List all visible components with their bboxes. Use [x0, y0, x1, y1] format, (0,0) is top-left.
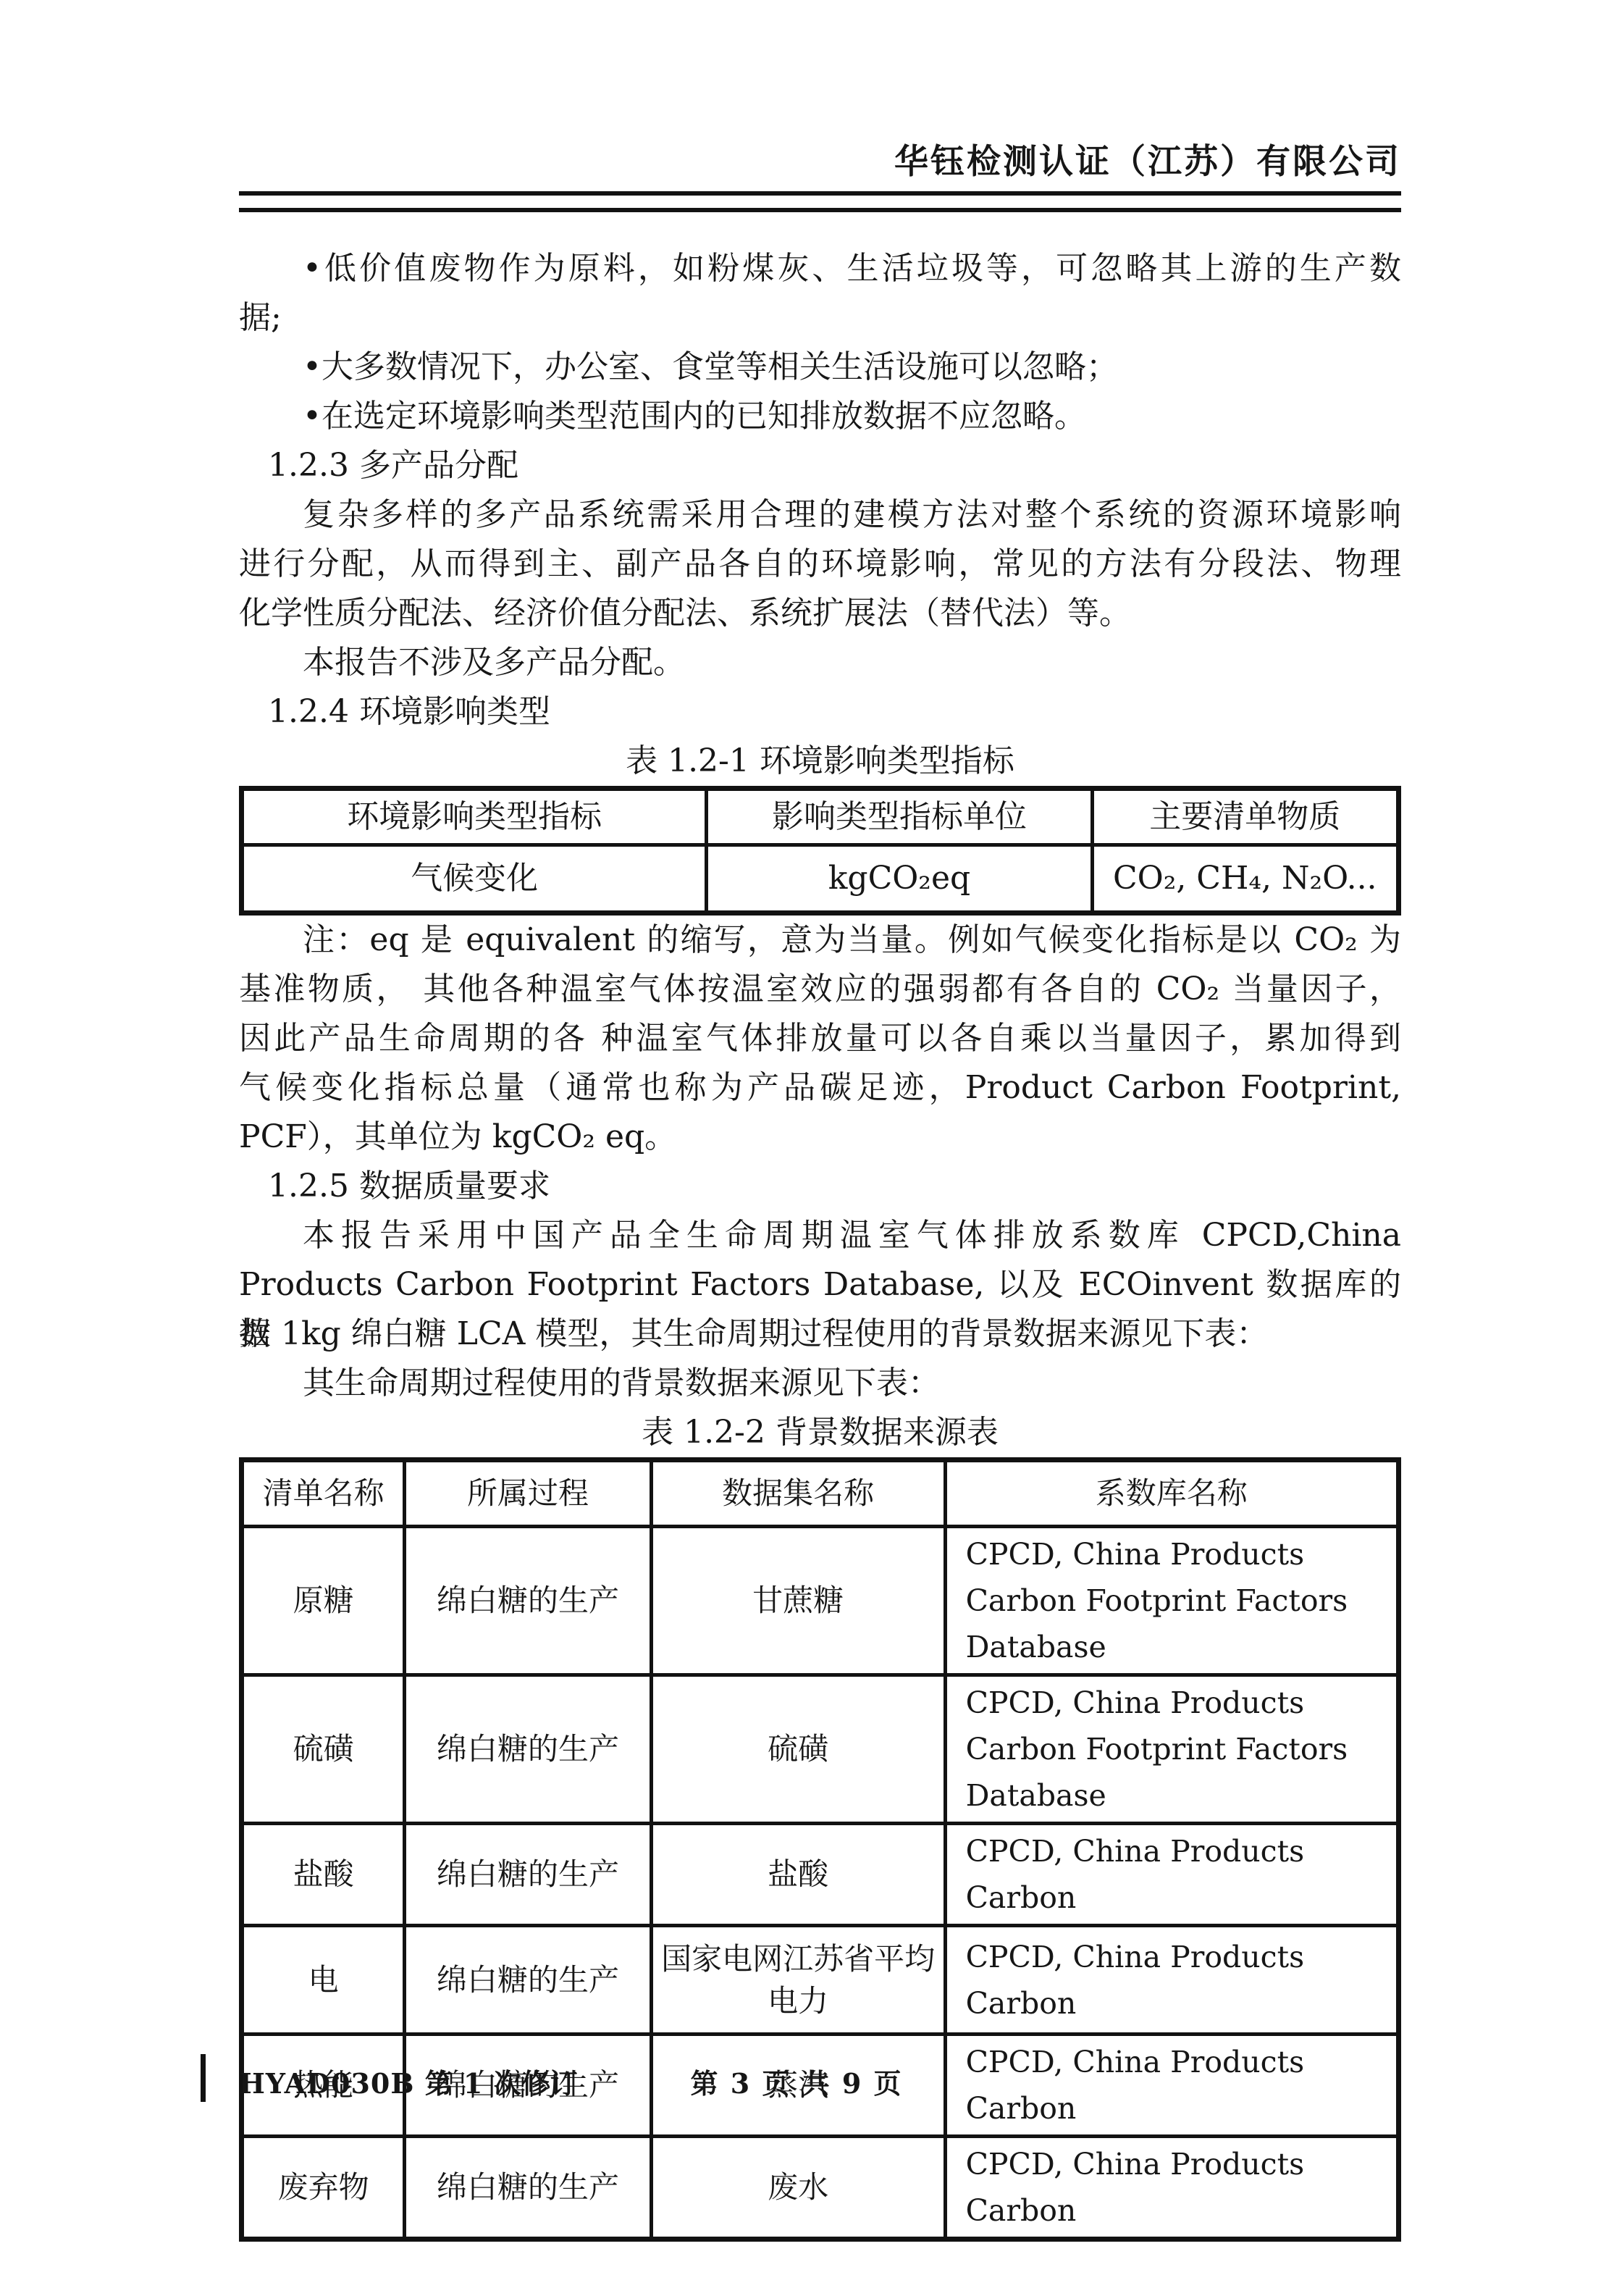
body-text: •低价值废物作为原料，如粉煤灰、生活垃圾等，可忽略其上游的生产数 据; •大多数…	[239, 244, 1401, 2242]
t2-cell-dataset: 盐酸	[651, 1824, 945, 1926]
t1-col-header-unit: 影响类型指标单位	[707, 789, 1092, 845]
t2-cell-dataset: 甘蔗糖	[651, 1527, 945, 1675]
t2-cell-database: CPCD, China Products Carbon	[945, 2137, 1398, 2240]
bullet-item-3: •在选定环境影响类型范围内的已知排放数据不应忽略。	[239, 392, 1401, 441]
t2-col-header-dataset-name: 数据集名称	[651, 1460, 945, 1527]
revision-bar	[201, 2054, 206, 2102]
t2-cell-database: CPCD, China Products Carbon	[945, 1926, 1398, 2035]
footer-page-number: 第 3 页 共 9 页	[239, 2061, 1354, 2101]
paragraph-123-line-3: 化学性质分配法、经济价值分配法、系统扩展法（替代法）等。	[239, 589, 1401, 638]
table-1-2-2: 清单名称 所属过程 数据集名称 系数库名称 原糖 绵白糖的生产 甘蔗糖 CPCD…	[239, 1457, 1401, 2242]
t2-col-header-inventory-name: 清单名称	[242, 1460, 405, 1527]
table-1-2-2-header-row: 清单名称 所属过程 数据集名称 系数库名称	[242, 1460, 1399, 1527]
t2-cell-inventory: 废弃物	[242, 2137, 405, 2240]
company-name: 华钰检测认证（江苏）有限公司	[239, 142, 1401, 183]
note-line-3: 因此产品生命周期的各 种温室气体排放量可以各自乘以当量因子，累加得到	[239, 1014, 1401, 1063]
t1-cell-substances: CO₂, CH₄, N₂O...	[1092, 845, 1398, 913]
table-row-sulfur: 硫磺 绵白糖的生产 硫磺 CPCD, China Products Carbon…	[242, 1675, 1399, 1824]
note-line-1: 注：eq 是 equivalent 的缩写，意为当量。例如气候变化指标是以 CO…	[239, 916, 1401, 965]
table-1-2-2-title: 表 1.2-2 背景数据来源表	[239, 1408, 1401, 1457]
paragraph-123-line-2: 进行分配，从而得到主、副产品各自的环境影响，常见的方法有分段法、物理	[239, 540, 1401, 589]
t1-col-header-substances: 主要清单物质	[1092, 789, 1398, 845]
t2-cell-inventory: 硫磺	[242, 1675, 405, 1824]
page-content: 华钰检测认证（江苏）有限公司 •低价值废物作为原料，如粉煤灰、生活垃圾等，可忽略…	[239, 0, 1401, 2242]
table-row-electricity: 电 绵白糖的生产 国家电网江苏省平均电力 CPCD, China Product…	[242, 1926, 1399, 2035]
t2-col-header-database-name: 系数库名称	[945, 1460, 1398, 1527]
t2-cell-dataset: 国家电网江苏省平均电力	[651, 1926, 945, 2035]
t1-col-header-impact-type: 环境影响类型指标	[242, 789, 707, 845]
paragraph-125-line-3: 据 1kg 绵白糖 LCA 模型，其生命周期过程使用的背景数据来源见下表：	[239, 1310, 1401, 1359]
t2-cell-process: 绵白糖的生产	[405, 1675, 651, 1824]
table-row-hydrochloric-acid: 盐酸 绵白糖的生产 盐酸 CPCD, China Products Carbon	[242, 1824, 1399, 1926]
section-heading-1-2-3: 1.2.3 多产品分配	[239, 441, 1401, 490]
paragraph-123-line-1: 复杂多样的多产品系统需采用合理的建模方法对整个系统的资源环境影响	[239, 490, 1401, 540]
t2-cell-database: CPCD, China Products Carbon Footprint Fa…	[945, 1675, 1398, 1824]
table-1-2-1: 环境影响类型指标 影响类型指标单位 主要清单物质 气候变化 kgCO₂eq CO…	[239, 786, 1401, 916]
paragraph-125-line-2: Products Carbon Footprint Factors Databa…	[239, 1260, 1401, 1310]
table-row-waste: 废弃物 绵白糖的生产 废水 CPCD, China Products Carbo…	[242, 2137, 1399, 2240]
header-rule	[239, 191, 1401, 212]
t2-cell-inventory: 盐酸	[242, 1824, 405, 1926]
note-line-5: PCF），其单位为 kgCO₂ eq。	[239, 1113, 1401, 1162]
table-1-2-1-title: 表 1.2-1 环境影响类型指标	[239, 737, 1401, 786]
note-line-2: 基准物质， 其他各种温室气体按温室效应的强弱都有各自的 CO₂ 当量因子，	[239, 965, 1401, 1014]
t2-cell-process: 绵白糖的生产	[405, 1926, 651, 2035]
t2-cell-database: CPCD, China Products Carbon	[945, 1824, 1398, 1926]
t2-cell-process: 绵白糖的生产	[405, 1824, 651, 1926]
t2-cell-database: CPCD, China Products Carbon Footprint Fa…	[945, 1527, 1398, 1675]
paragraph-125-line-1: 本报告采用中国产品全生命周期温室气体排放系数库 CPCD,China	[239, 1211, 1401, 1260]
t2-cell-process: 绵白糖的生产	[405, 2137, 651, 2240]
bullet-item-1-line-2: 据;	[239, 293, 1401, 343]
section-heading-1-2-4: 1.2.4 环境影响类型	[239, 687, 1401, 737]
table-row-raw-sugar: 原糖 绵白糖的生产 甘蔗糖 CPCD, China Products Carbo…	[242, 1527, 1399, 1675]
bullet-item-1-line-1: •低价值废物作为原料，如粉煤灰、生活垃圾等，可忽略其上游的生产数	[239, 244, 1401, 293]
t1-cell-unit: kgCO₂eq	[707, 845, 1092, 913]
t2-cell-dataset: 废水	[651, 2137, 945, 2240]
paragraph-123-closing: 本报告不涉及多产品分配。	[239, 638, 1401, 687]
t2-col-header-process: 所属过程	[405, 1460, 651, 1527]
bullet-item-2: •大多数情况下，办公室、食堂等相关生活设施可以忽略；	[239, 343, 1401, 392]
document-page: 华钰检测认证（江苏）有限公司 •低价值废物作为原料，如粉煤灰、生活垃圾等，可忽略…	[0, 0, 1622, 2296]
paragraph-125-line-4: 其生命周期过程使用的背景数据来源见下表：	[239, 1359, 1401, 1408]
table-1-2-1-header-row: 环境影响类型指标 影响类型指标单位 主要清单物质	[242, 789, 1399, 845]
t2-cell-dataset: 硫磺	[651, 1675, 945, 1824]
t2-cell-inventory: 电	[242, 1926, 405, 2035]
section-heading-1-2-5: 1.2.5 数据质量要求	[239, 1162, 1401, 1211]
t1-cell-impact-type: 气候变化	[242, 845, 707, 913]
note-line-4: 气候变化指标总量（通常也称为产品碳足迹，Product Carbon Footp…	[239, 1063, 1401, 1113]
table-1-2-1-data-row: 气候变化 kgCO₂eq CO₂, CH₄, N₂O...	[242, 845, 1399, 913]
t2-cell-inventory: 原糖	[242, 1527, 405, 1675]
t2-cell-process: 绵白糖的生产	[405, 1527, 651, 1675]
